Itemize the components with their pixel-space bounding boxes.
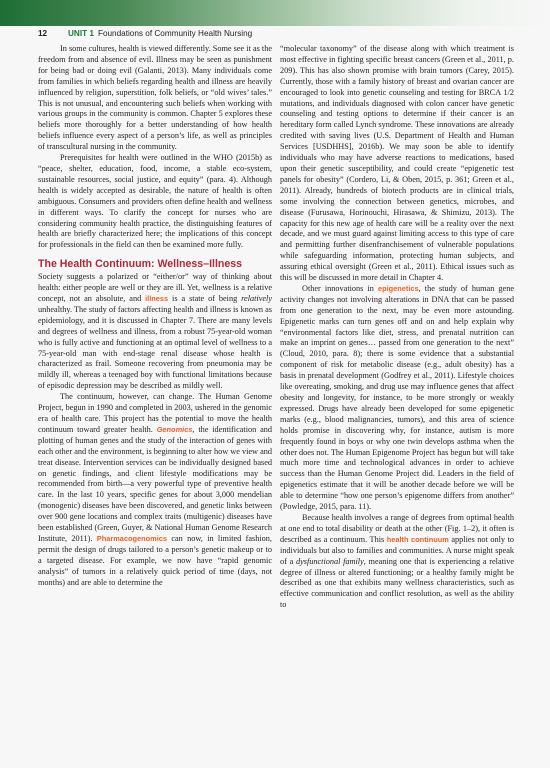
key-term-genomics: Genomics: [157, 425, 193, 434]
unit-label: UNIT 1: [68, 29, 94, 38]
key-term-epigenetics: epigenetics: [378, 284, 419, 293]
left-column: In some cultures, health is viewed diffe…: [38, 44, 272, 589]
key-term-health-continuum: health continuum: [387, 535, 449, 544]
key-term-pharmacogenomics: Pharmacogenomics: [97, 534, 167, 543]
emphasis-dysfunctional-family: dysfunctional family: [296, 557, 364, 566]
text-run: unhealthy. The study of factors affectin…: [38, 305, 272, 390]
emphasis-relatively: relatively: [241, 294, 272, 303]
text-run: , the study of human gene activity chang…: [280, 284, 514, 511]
page-number: 12: [38, 28, 68, 40]
unit-title: Foundations of Community Health Nursing: [98, 29, 252, 38]
paragraph-cultural-views: In some cultures, health is viewed diffe…: [38, 44, 272, 153]
paragraph-prerequisites: Prerequisites for health were outlined i…: [38, 153, 272, 251]
text-run: , the identification and plotting of hum…: [38, 425, 272, 543]
section-heading-health-continuum: The Health Continuum: Wellness–Illness: [38, 258, 272, 271]
header-color-band: [0, 0, 550, 26]
paragraph-epigenetics: Other innovations in epigenetics, the st…: [280, 284, 514, 513]
paragraph-health-continuum: Because health involves a range of degre…: [280, 513, 514, 611]
right-column: “molecular taxonomy” of the disease alon…: [280, 44, 514, 611]
paragraph-molecular-taxonomy: “molecular taxonomy” of the disease alon…: [280, 44, 514, 284]
paragraph-wellness-illness: Society suggests a polarized or “either/…: [38, 272, 272, 392]
paragraph-genomics: The continuum, however, can change. The …: [38, 392, 272, 588]
key-term-illness: illness: [145, 294, 168, 303]
text-run: is a state of being: [168, 294, 241, 303]
text-run: Other innovations in: [302, 284, 378, 293]
running-header: 12UNIT 1Foundations of Community Health …: [38, 28, 252, 40]
